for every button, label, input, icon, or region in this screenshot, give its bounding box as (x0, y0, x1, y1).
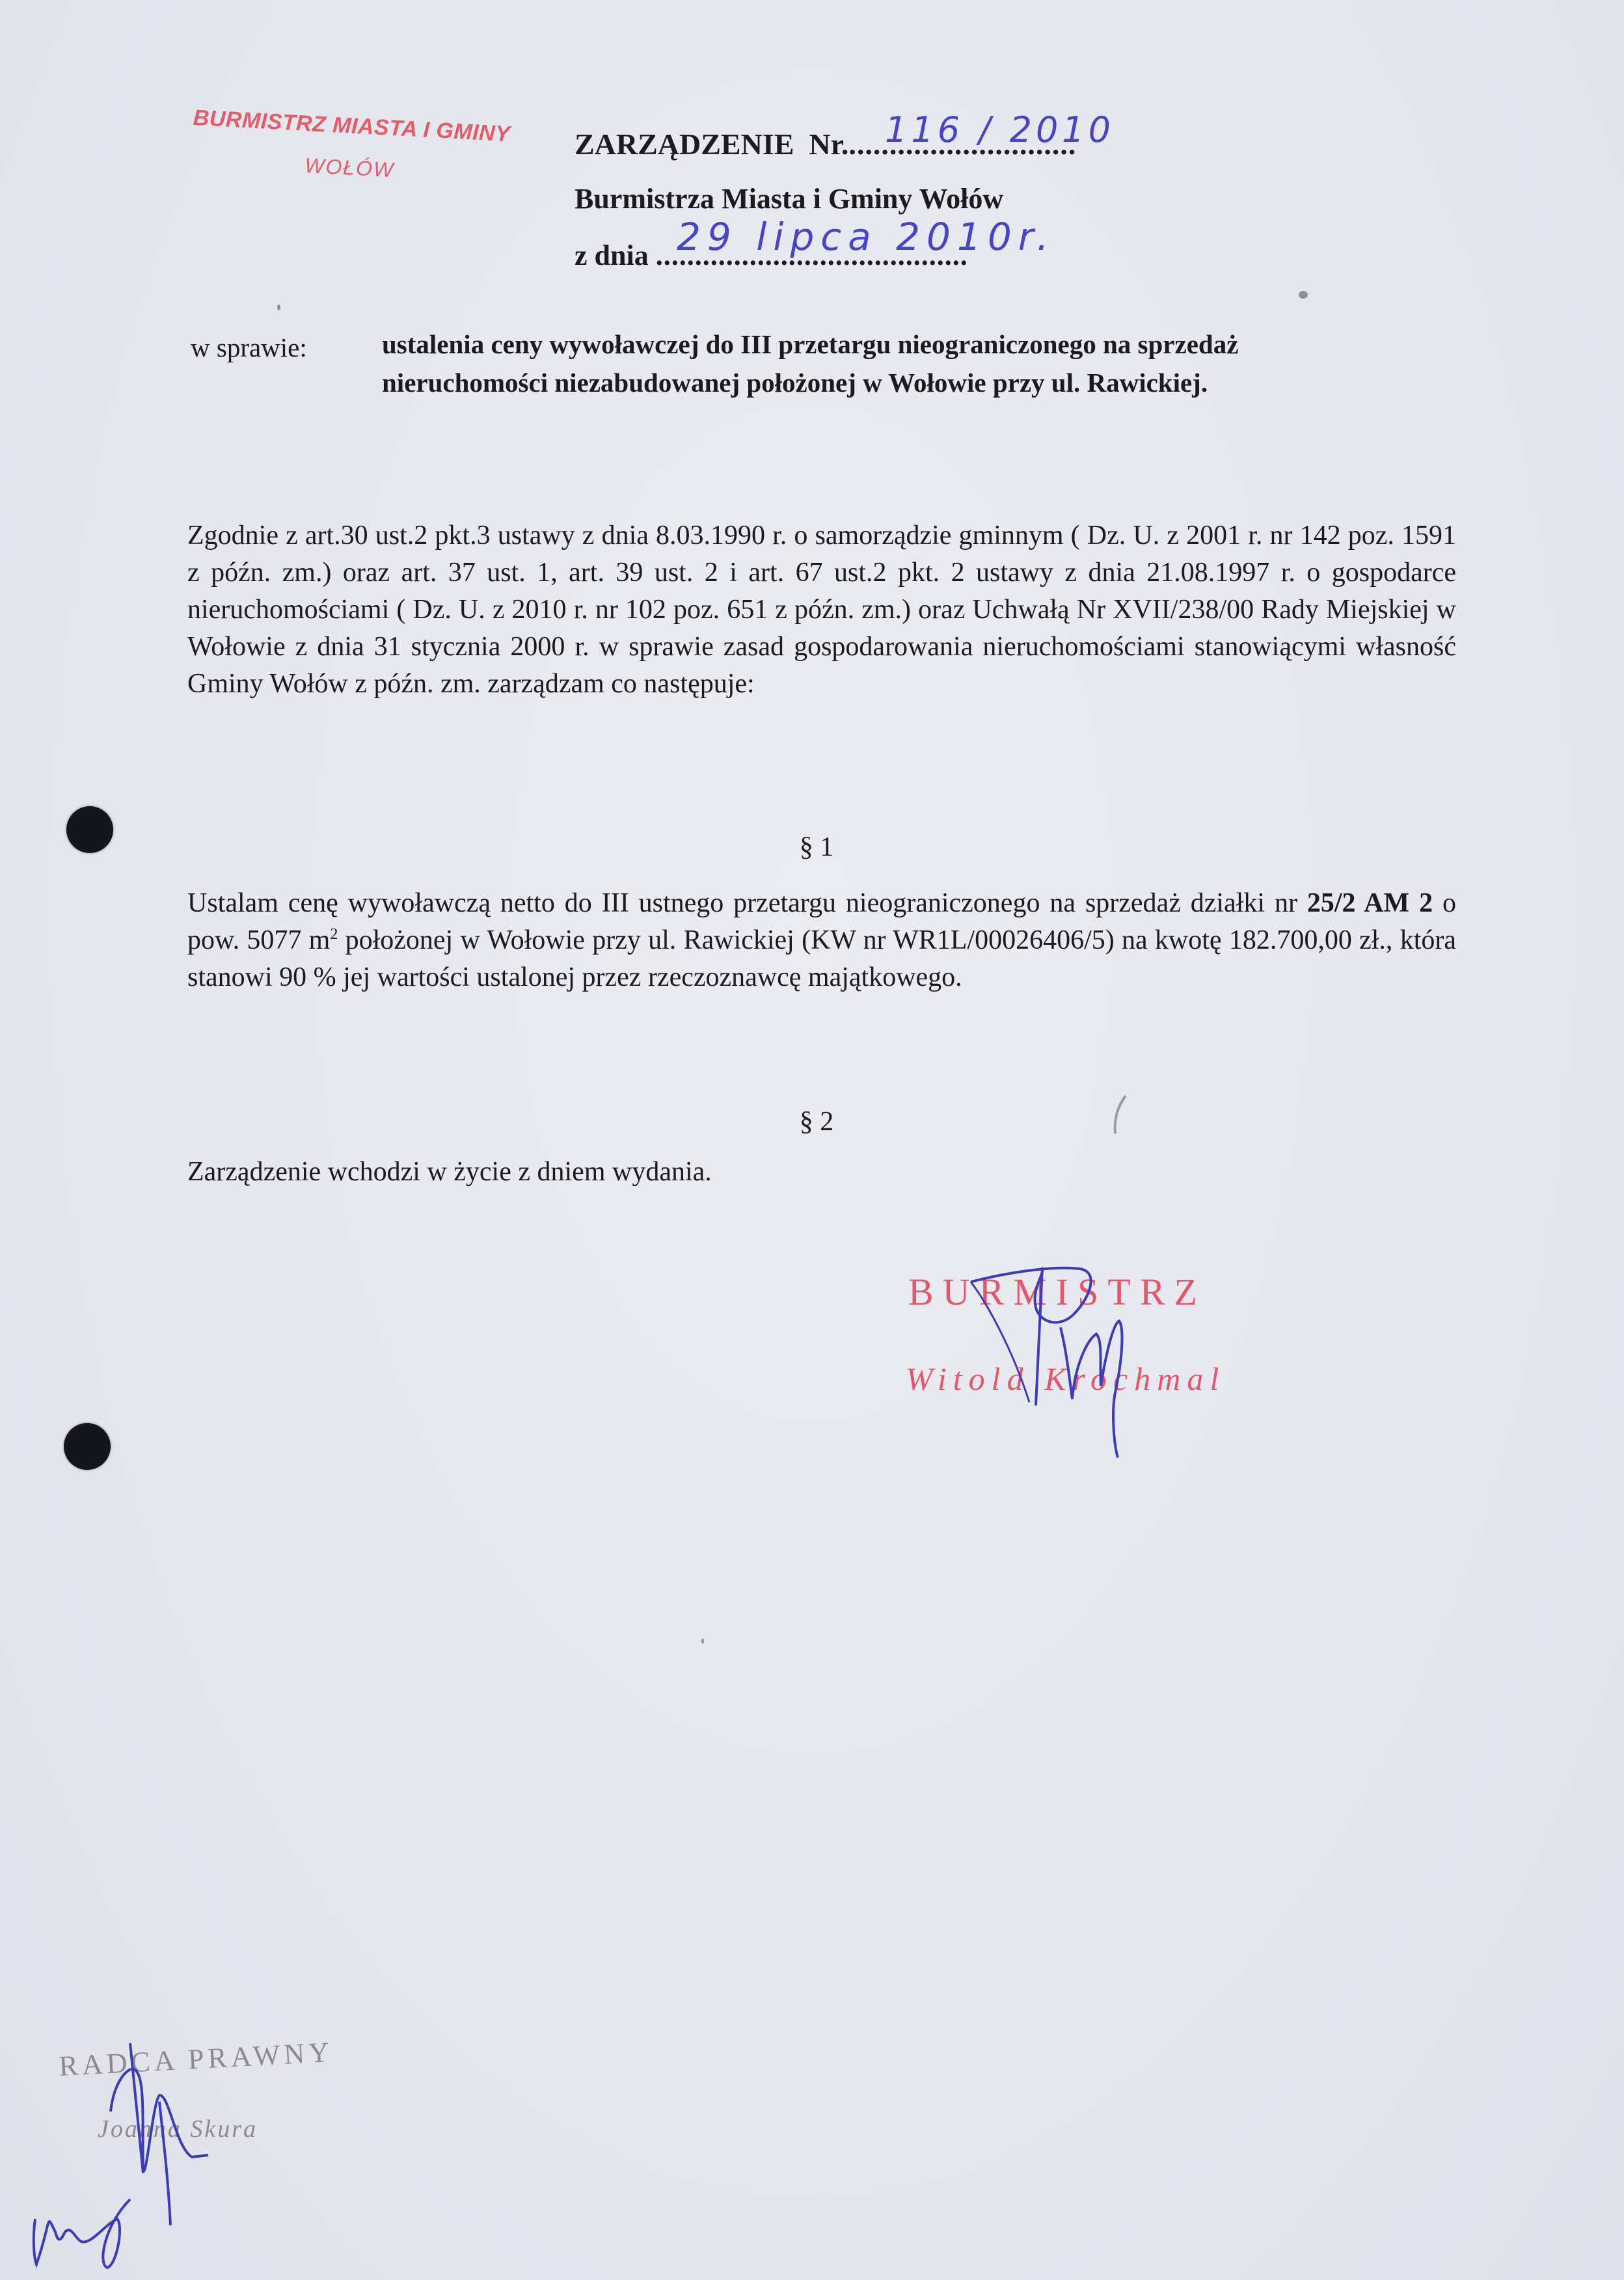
subject-text: ustalenia ceny wywoławczej do III przeta… (382, 325, 1306, 402)
speck (1299, 291, 1308, 299)
issuer: Burmistrza Miasta i Gminy Wołów (575, 185, 1003, 213)
legal-basis-paragraph: Zgodnie z art.30 ust.2 pkt.3 ustawy z dn… (187, 517, 1456, 703)
legal-signature (26, 2017, 416, 2277)
office-stamp-line1: BURMISTRZ MIASTA I GMINY (169, 104, 534, 148)
parcel-number: 25/2 AM 2 (1307, 888, 1433, 918)
speck (277, 305, 280, 310)
office-stamp-top: BURMISTRZ MIASTA I GMINY WOŁÓW (167, 104, 535, 189)
handwritten-number: 116 / 2010 (885, 109, 1115, 150)
document-page: BURMISTRZ MIASTA I GMINY WOŁÓW ZARZĄDZEN… (0, 0, 1624, 2280)
date-label: z dnia (575, 239, 649, 271)
pen-mark (1106, 1093, 1132, 1145)
section-1-text-c: położonej w Wołowie przy ul. Rawickiej (… (187, 925, 1456, 992)
handwritten-date: 29 lipca 2010r. (677, 215, 1055, 259)
speck (701, 1638, 704, 1644)
section-1-text: Ustalam cenę wywoławczą netto do III ust… (187, 885, 1456, 996)
punch-hole (66, 806, 113, 853)
section-1-text-a: Ustalam cenę wywoławczą netto do III ust… (187, 888, 1307, 918)
subject-label: w sprawie: (191, 332, 307, 363)
number-label: Nr. (809, 128, 848, 161)
area-unit-superscript: 2 (330, 926, 338, 943)
mayor-signature (865, 1236, 1282, 1458)
section-2-heading: § 2 (751, 1106, 882, 1137)
office-stamp-line2: WOŁÓW (167, 146, 532, 189)
punch-hole (64, 1423, 111, 1470)
section-1-heading: § 1 (751, 832, 882, 863)
document-title: ZARZĄDZENIE (575, 128, 794, 161)
section-2-text: Zarządzenie wchodzi w życie z dniem wyda… (187, 1156, 712, 1187)
